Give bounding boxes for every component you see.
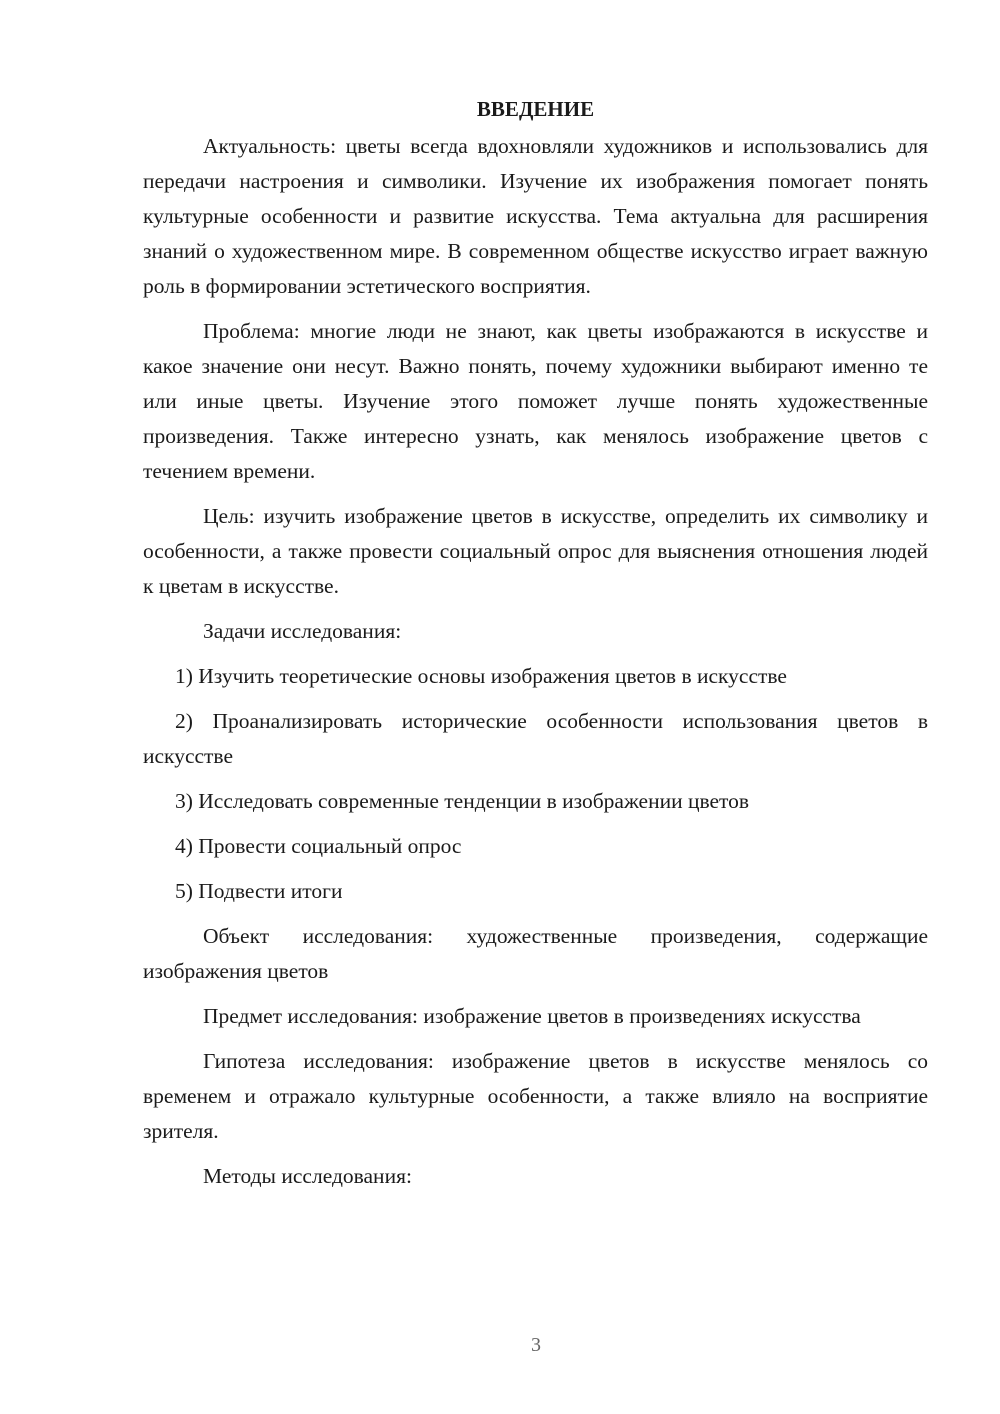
list-item: 1) Изучить теоретические основы изображе… <box>143 659 928 694</box>
list-item: 2) Проанализировать исторические особенн… <box>143 704 928 774</box>
list-item: 3) Исследовать современные тенденции в и… <box>143 784 928 819</box>
page-number: 3 <box>0 1334 1000 1357</box>
tasks-list: 1) Изучить теоретические основы изображе… <box>143 659 928 909</box>
tasks-heading: Задачи исследования: <box>143 614 928 649</box>
list-item: 5) Подвести итоги <box>143 874 928 909</box>
relevance-paragraph: Актуальность: цветы всегда вдохновляли х… <box>143 129 928 304</box>
subject-paragraph: Предмет исследования: изображение цветов… <box>143 999 928 1034</box>
hypothesis-paragraph: Гипотеза исследования: изображение цвето… <box>143 1044 928 1149</box>
document-page: ВВЕДЕНИЕ Актуальность: цветы всегда вдох… <box>0 0 1000 1414</box>
methods-heading: Методы исследования: <box>143 1159 928 1194</box>
object-paragraph: Объект исследования: художественные прои… <box>143 919 928 989</box>
page-title: ВВЕДЕНИЕ <box>143 92 928 127</box>
goal-paragraph: Цель: изучить изображение цветов в искус… <box>143 499 928 604</box>
problem-paragraph: Проблема: многие люди не знают, как цвет… <box>143 314 928 489</box>
list-item: 4) Провести социальный опрос <box>143 829 928 864</box>
page-content: ВВЕДЕНИЕ Актуальность: цветы всегда вдох… <box>143 92 928 1204</box>
